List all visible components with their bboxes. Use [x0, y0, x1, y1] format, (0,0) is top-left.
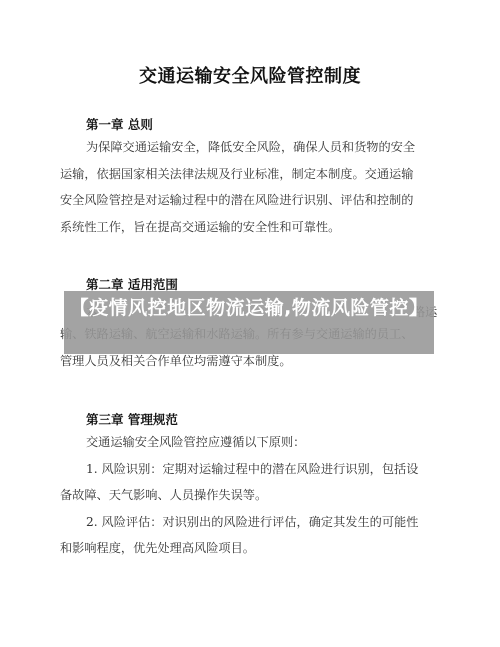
text-line: 交通运输安全风险管控应遵循以下原则： — [60, 429, 440, 456]
caption-banner-text: 【疫情风控地区物流运输,物流风险管控】 — [64, 294, 434, 322]
chapter-3-body: 交通运输安全风险管控应遵循以下原则： 1. 风险识别：定期对运输过程中的潜在风险… — [60, 429, 440, 562]
chapter-1-body: 为保障交通运输安全，降低安全风险，确保人员和货物的安全 运输，依据国家相关法律法… — [60, 134, 440, 240]
text-line: 运输，依据国家相关法律法规及行业标准，制定本制度。交通运输 — [60, 161, 440, 188]
document-title: 交通运输安全风险管控制度 — [0, 62, 500, 88]
chapter-heading-1: 第一章 总则 — [86, 115, 153, 133]
text-line: 和影响程度，优先处理高风险项目。 — [60, 535, 440, 562]
text-line: 系统性工作，旨在提高交通运输的安全性和可靠性。 — [60, 214, 440, 241]
text-line: 安全风险管控是对运输过程中的潜在风险进行识别、评估和控制的 — [60, 187, 440, 214]
chapter-heading-3: 第三章 管理规范 — [86, 410, 178, 428]
text-line: 2. 风险评估：对识别出的风险进行评估，确定其发生的可能性 — [60, 509, 440, 536]
text-line: 为保障交通运输安全，降低安全风险，确保人员和货物的安全 — [60, 134, 440, 161]
text-line: 备故障、天气影响、人员操作失误等。 — [60, 482, 440, 509]
text-line: 1. 风险识别：定期对运输过程中的潜在风险进行识别，包括设 — [60, 456, 440, 483]
